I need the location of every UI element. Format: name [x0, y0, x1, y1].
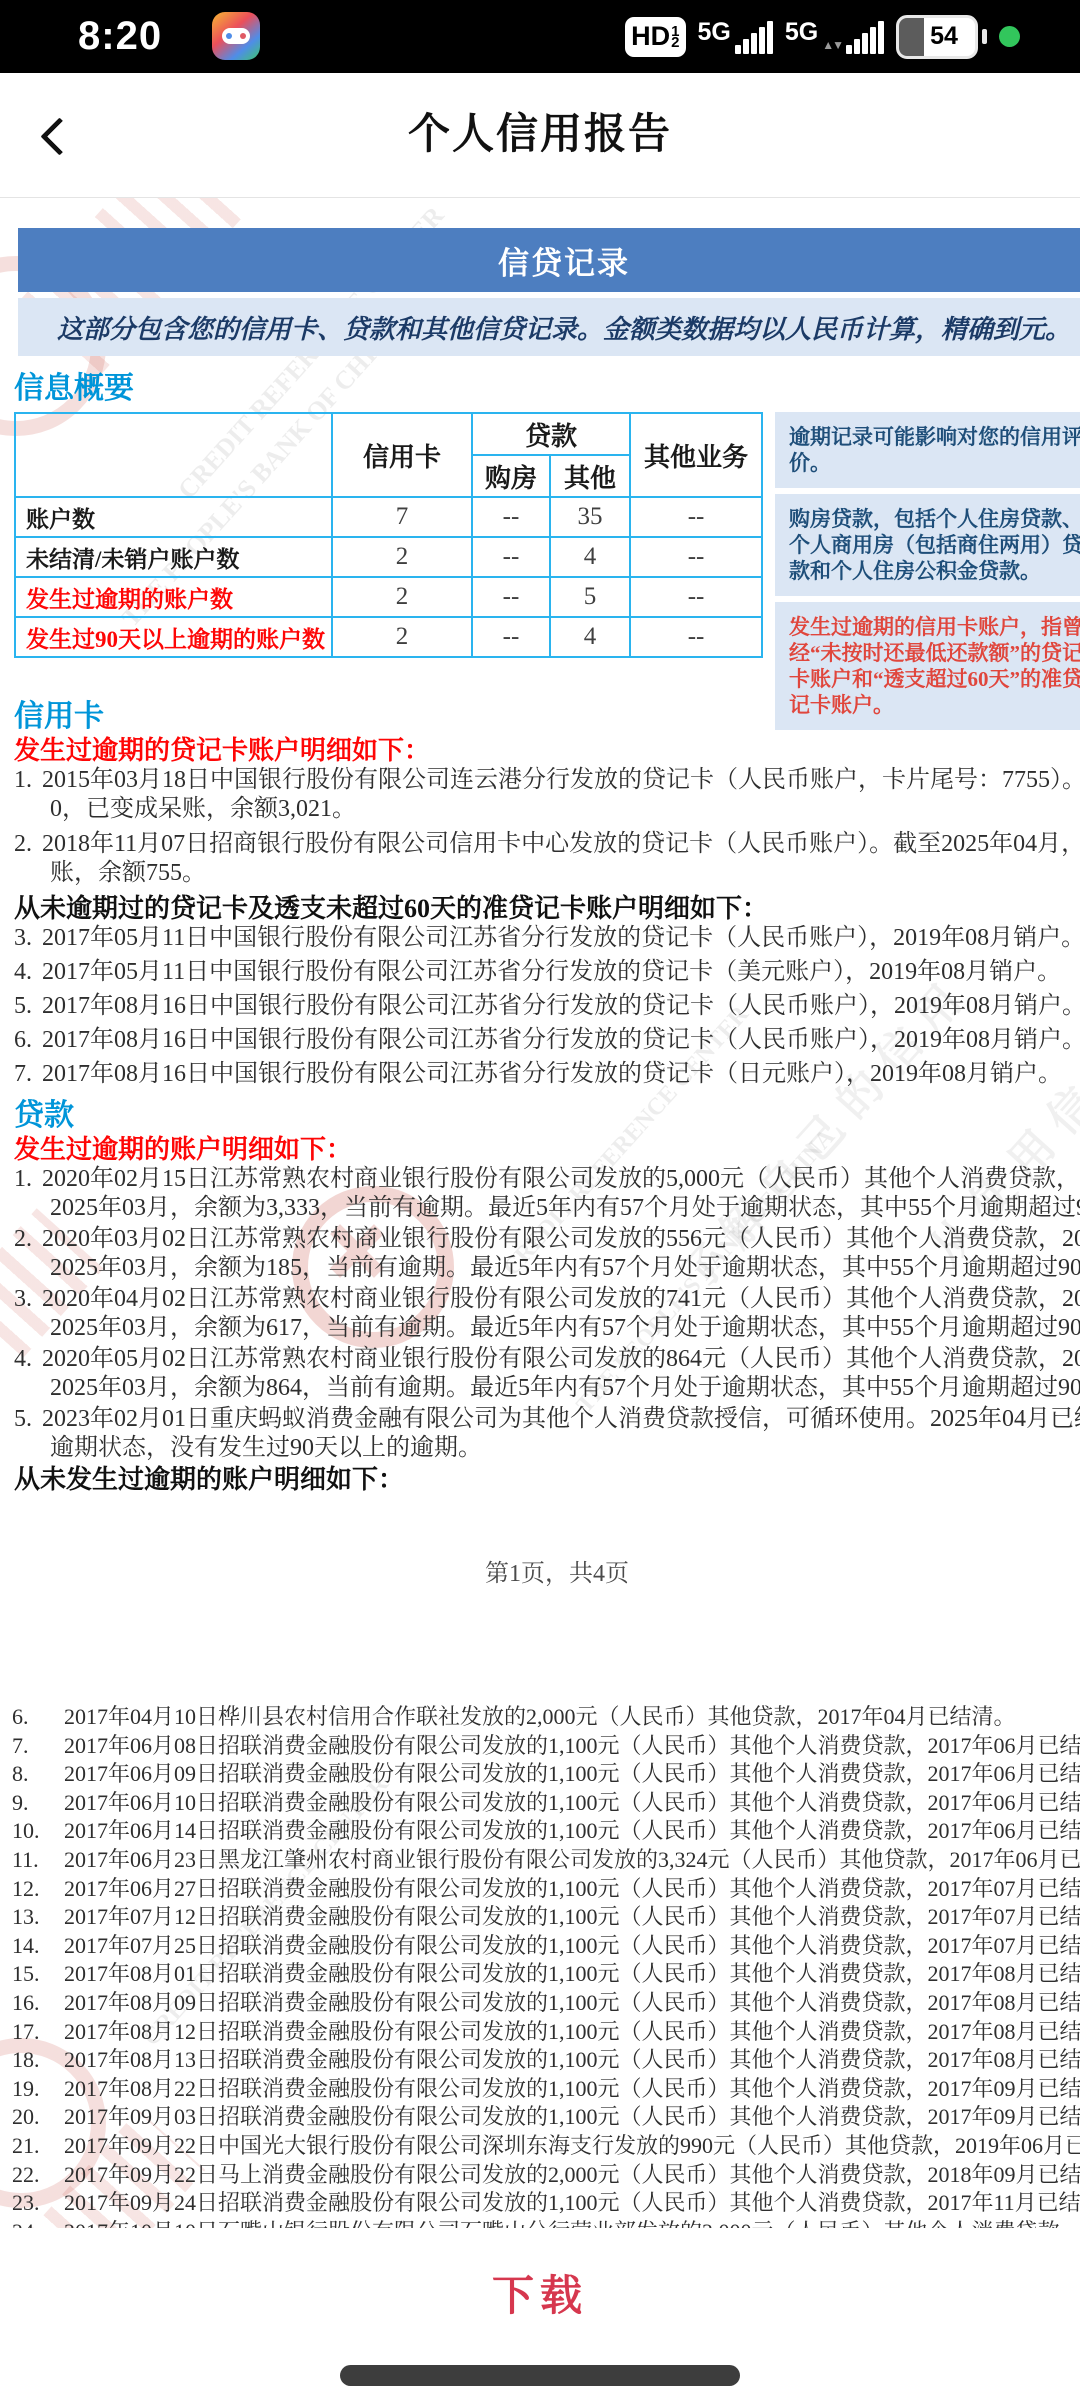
page2-loan-list: 6.2017年04月10日桦川县农村信用合作联社发放的2,000元（人民币）其他…	[12, 1703, 1080, 2229]
page-title: 个人信用报告	[0, 101, 1080, 161]
overdue-card-header: 发生过逾期的贷记卡账户明细如下：	[14, 736, 1080, 766]
loan-list-item: 17.2017年08月12日招联消费金融股份有限公司发放的1,100元（人民币）…	[12, 2018, 1080, 2047]
loan-item: 3.2020年04月02日江苏常熟农村商业银行股份有限公司发放的741元（人民币…	[14, 1285, 1080, 1343]
game-app-icon	[212, 12, 260, 60]
summary-cell: --	[630, 577, 762, 617]
overdue-loan-header: 发生过逾期的账户明细如下：	[14, 1135, 1080, 1165]
loan-list-item: 20.2017年09月03日招联消费金融股份有限公司发放的1,100元（人民币）…	[12, 2103, 1080, 2132]
summary-table-row: 账户数 7 -- 35 --	[15, 497, 762, 537]
loan-item: 5.2023年02月01日重庆蚂蚁消费金融有限公司为其他个人消费贷款授信，可循环…	[14, 1405, 1080, 1463]
loan-list-item: 8.2017年06月09日招联消费金融股份有限公司发放的1,100元（人民币）其…	[12, 1760, 1080, 1789]
credit-card-item: 3.2017年05月11日中国银行股份有限公司江苏省分行发放的贷记卡（人民币账户…	[14, 924, 1080, 953]
credit-report-document: CREDIT REFERENCE CENTER THE PEOPLE'S BAN…	[0, 198, 1080, 2229]
bottom-bar: 下载	[0, 2228, 1080, 2400]
summary-col-house: 购房	[472, 455, 550, 497]
summary-col-other: 其他	[550, 455, 630, 497]
summary-col-loans: 贷款	[472, 413, 630, 455]
credit-card-item: 4.2017年05月11日中国银行股份有限公司江苏省分行发放的贷记卡（美元账户）…	[14, 958, 1080, 987]
loan-list-item: 14.2017年07月25日招联消费金融股份有限公司发放的1,100元（人民币）…	[12, 1932, 1080, 1961]
normal-loan-header: 从未发生过逾期的账户明细如下：	[14, 1465, 1080, 1495]
credit-card-item: 7.2017年08月16日中国银行股份有限公司江苏省分行发放的贷记卡（日元账户）…	[14, 1060, 1080, 1089]
summary-col-credit-card: 信用卡	[332, 413, 472, 497]
loan-item: 4.2020年05月02日江苏常熟农村商业银行股份有限公司发放的864元（人民币…	[14, 1345, 1080, 1403]
summary-row-label: 未结清/未销户账户数	[15, 537, 332, 577]
hd-volte-icon: HD 12	[625, 17, 685, 57]
summary-note: 购房贷款，包括个人住房贷款、个人商用房（包括商住两用）贷款和个人住房公积金贷款。	[775, 494, 1080, 596]
loan-item: 2.2020年03月02日江苏常熟农村商业银行股份有限公司发放的556元（人民币…	[14, 1225, 1080, 1283]
signal-sim1-icon: 5G	[698, 20, 773, 54]
download-button[interactable]: 下载	[0, 2262, 1080, 2324]
battery-nub	[982, 29, 987, 44]
summary-cell: --	[472, 497, 550, 537]
status-bar: 8:20 HD 12 5G 5G ▲▼ 54	[0, 0, 1080, 73]
section-intro: 这部分包含您的信用卡、贷款和其他信贷记录。金额类数据均以人民币计算，精确到元。	[18, 298, 1080, 356]
privacy-indicator-dot	[999, 26, 1020, 47]
summary-cell: --	[630, 617, 762, 657]
data-arrows-icon: ▲▼	[822, 38, 842, 52]
loan-item: 1.2020年02月15日江苏常熟农村商业银行股份有限公司发放的5,000元（人…	[14, 1165, 1080, 1223]
loan-list-item: 16.2017年08月09日招联消费金融股份有限公司发放的1,100元（人民币）…	[12, 1989, 1080, 2018]
loan-list-item: 7.2017年06月08日招联消费金融股份有限公司发放的1,100元（人民币）其…	[12, 1732, 1080, 1761]
summary-cell: --	[472, 537, 550, 577]
summary-cell: 5	[550, 577, 630, 617]
credit-card-item: 6.2017年08月16日中国银行股份有限公司江苏省分行发放的贷记卡（人民币账户…	[14, 1026, 1080, 1055]
summary-cell: 2	[332, 537, 472, 577]
summary-cell: 35	[550, 497, 630, 537]
summary-cell: --	[472, 617, 550, 657]
normal-card-header: 从未逾期过的贷记卡及透支未超过60天的准贷记卡账户明细如下：	[14, 894, 1080, 924]
loan-list-item: 11.2017年06月23日黑龙江肇州农村商业银行股份有限公司发放的3,324元…	[12, 1846, 1080, 1875]
summary-cell: --	[630, 497, 762, 537]
phone-screen: 8:20 HD 12 5G 5G ▲▼ 54 个人信用报告	[0, 0, 1080, 2400]
loan-list-item: 9.2017年06月10日招联消费金融股份有限公司发放的1,100元（人民币）其…	[12, 1789, 1080, 1818]
loan-list-item: 6.2017年04月10日桦川县农村信用合作联社发放的2,000元（人民币）其他…	[12, 1703, 1080, 1732]
loan-list-item: 21.2017年09月22日中国光大银行股份有限公司深圳东海支行发放的990元（…	[12, 2132, 1080, 2161]
page-number: 第1页，共4页	[0, 1553, 1080, 1588]
summary-cell: 4	[550, 537, 630, 577]
loan-list-item: 13.2017年07月12日招联消费金融股份有限公司发放的1,100元（人民币）…	[12, 1903, 1080, 1932]
summary-cell: 2	[332, 577, 472, 617]
summary-table-row: 发生过90天以上逾期的账户数 2 -- 4 --	[15, 617, 762, 657]
app-header: 个人信用报告	[0, 73, 1080, 197]
summary-row-label: 发生过逾期的账户数	[15, 577, 332, 617]
section-bar-credit-records: 信贷记录	[18, 228, 1080, 292]
summary-cell: 7	[332, 497, 472, 537]
credit-card-item: 1.2015年03月18日中国银行股份有限公司连云港分行发放的贷记卡（人民币账户…	[14, 766, 1080, 824]
summary-col-other-business: 其他业务	[630, 413, 762, 497]
loan-list-item: 19.2017年08月22日招联消费金融股份有限公司发放的1,100元（人民币）…	[12, 2075, 1080, 2104]
home-gesture-pill[interactable]	[340, 2365, 740, 2386]
summary-table-row: 发生过逾期的账户数 2 -- 5 --	[15, 577, 762, 617]
summary-cell: --	[472, 577, 550, 617]
summary-table-row: 未结清/未销户账户数 2 -- 4 --	[15, 537, 762, 577]
signal-sim2-icon: 5G ▲▼	[785, 20, 884, 54]
battery-icon: 54	[896, 15, 978, 59]
summary-row-label: 账户数	[15, 497, 332, 537]
gamepad-icon	[222, 28, 250, 44]
credit-card-item: 2.2018年11月07日招商银行股份有限公司信用卡中心发放的贷记卡（人民币账户…	[14, 830, 1080, 888]
heading-loans: 贷款	[14, 1099, 1080, 1133]
loan-list-item: 23.2017年09月24日招联消费金融股份有限公司发放的1,100元（人民币）…	[12, 2189, 1080, 2218]
summary-cell: --	[630, 537, 762, 577]
summary-col-empty	[15, 413, 332, 497]
summary-table: 信用卡 贷款 其他业务 购房 其他	[14, 412, 763, 658]
summary-row-label: 发生过90天以上逾期的账户数	[15, 617, 332, 657]
loan-list-item: 10.2017年06月14日招联消费金融股份有限公司发放的1,100元（人民币）…	[12, 1817, 1080, 1846]
summary-cell: 2	[332, 617, 472, 657]
credit-card-item: 5.2017年08月16日中国银行股份有限公司江苏省分行发放的贷记卡（人民币账户…	[14, 992, 1080, 1021]
summary-cell: 4	[550, 617, 630, 657]
loan-list-item: 22.2017年09月22日马上消费金融股份有限公司发放的2,000元（人民币）…	[12, 2161, 1080, 2190]
loan-list-item: 18.2017年08月13日招联消费金融股份有限公司发放的1,100元（人民币）…	[12, 2046, 1080, 2075]
report-scroll-area[interactable]: CREDIT REFERENCE CENTER THE PEOPLE'S BAN…	[0, 197, 1080, 2229]
heading-info-summary: 信息概要	[14, 372, 1080, 406]
clock: 8:20	[78, 14, 162, 59]
summary-note: 发生过逾期的信用卡账户，指曾经“未按时还最低还款额”的贷记卡账户和“透支超过60…	[775, 602, 1080, 730]
summary-note: 逾期记录可能影响对您的信用评价。	[775, 412, 1080, 488]
loan-list-item: 15.2017年08月01日招联消费金融股份有限公司发放的1,100元（人民币）…	[12, 1960, 1080, 1989]
loan-list-item: 12.2017年06月27日招联消费金融股份有限公司发放的1,100元（人民币）…	[12, 1875, 1080, 1904]
